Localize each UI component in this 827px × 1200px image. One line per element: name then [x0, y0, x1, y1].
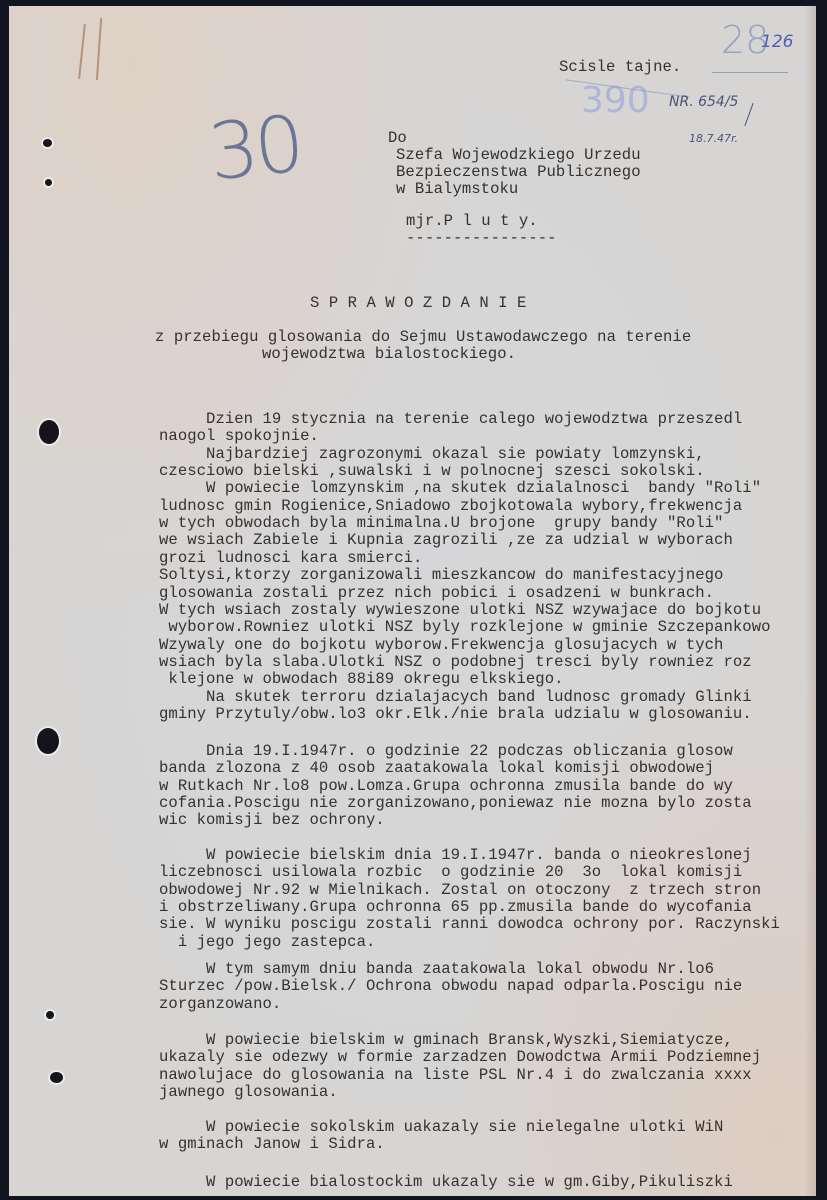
body-line: w Rutkach Nr.lo8 pow.Lomza.Grupa ochronn… [159, 778, 733, 795]
body-line: cofania.Poscigu nie zorganizowano,poniew… [159, 795, 752, 812]
body-line: liczebnosci usilowala rozbic o godzinie … [159, 864, 742, 881]
folio-underline [712, 72, 788, 73]
reference-number: NR. 654/5 [669, 94, 738, 110]
reference-slash [744, 103, 753, 126]
body-line: W powiecie sokolskim uakazaly sie nieleg… [159, 1119, 723, 1136]
punch-hole [39, 420, 59, 444]
recipient-underline: ---------------- [406, 230, 557, 247]
received-date: 18.7.47r. [689, 132, 738, 145]
punch-hole [45, 179, 52, 186]
body-line: wic komisji bez ochrony. [159, 812, 385, 829]
body-line: sie. W wyniku poscigu zostali ranni dowo… [159, 916, 780, 933]
body-line: wyborow.Rowniez ulotki NSZ byly rozklejo… [159, 619, 771, 636]
punch-hole [43, 139, 52, 147]
document-page: 30 28 126 390 NR. 654/5 18.7.47r. Scisle… [9, 6, 816, 1196]
body-line: Dnia 19.I.1947r. o godzinie 22 podczas o… [159, 743, 733, 760]
body-line: i jego jego zastepca. [159, 934, 375, 951]
body-line: grozi ludnosci kara smierci. [159, 550, 422, 567]
body-line: Soltysi,ktorzy zorganizowali mieszkancow… [159, 567, 723, 584]
recipient-prefix: Do [388, 130, 407, 147]
body-line: klejone w obwodach 88i89 okregu elkskieg… [159, 671, 564, 688]
body-line: jawnego glosowania. [159, 1084, 338, 1101]
punch-hole [37, 728, 59, 754]
body-line: gminy Przytuly/obw.lo3 okr.Elk./nie bral… [159, 706, 752, 723]
recipient-line: w Bialymstoku [396, 181, 518, 198]
handwritten-folio-small: 126 [761, 32, 793, 52]
pencil-mark [96, 18, 102, 80]
body-line: W powiecie bielskim dnia 19.I.1947r. ban… [159, 847, 752, 864]
body-line: ludnosc gmin Rogienice,Sniadowo zbojkoto… [159, 498, 742, 515]
handwritten-page-number: 30 [205, 99, 305, 198]
body-line: W powiecie bielskim w gminach Bransk,Wys… [159, 1032, 733, 1049]
body-line: W powiecie bialostockim ukazaly sie w gm… [159, 1174, 733, 1191]
body-line: czesciowo bielski ,suwalski i w polnocne… [159, 463, 705, 480]
recipient-line: Bezpieczenstwa Publicznego [396, 164, 641, 181]
body-line: Wzywaly one do bojkotu wyborow.Frekwencj… [159, 637, 723, 654]
body-line: W tych wsiach zostaly wywieszone ulotki … [159, 602, 761, 619]
body-line: Najbardziej zagrozonymi okazal sie powia… [159, 446, 705, 463]
body-line: naogol spokojnie. [159, 428, 319, 445]
classification-label: Scisle tajne. [559, 59, 681, 76]
body-line: w gminach Janow i Sidra. [159, 1136, 385, 1153]
body-line: i obstrzeliwany.Grupa ochronna 65 pp.zmu… [159, 899, 752, 916]
recipient-line: Szefa Wojewodzkiego Urzedu [396, 147, 641, 164]
body-line: Sturzec /pow.Bielsk./ Ochrona obwodu nap… [159, 978, 742, 995]
body-line: Na skutek terroru dzialajacych band ludn… [159, 689, 752, 706]
body-line: wsiach byla slaba.Ulotki NSZ o podobnej … [159, 654, 752, 671]
body-line: we wsiach Zabiele i Kupnia zagrozili ,ze… [159, 532, 733, 549]
document-subtitle: wojewodztwa bialostockiego. [262, 346, 516, 363]
body-line: glosowania zostali przez nich pobici i o… [159, 585, 714, 602]
body-line: W powiecie lomzynskim ,na skutek dzialal… [159, 480, 761, 497]
document-title: S P R A W O Z D A N I E [310, 295, 526, 312]
body-line: W tym samym dniu banda zaatakowala lokal… [159, 961, 714, 978]
pencil-mark [78, 24, 86, 79]
body-line: banda zlozona z 40 osob zaatakowala loka… [159, 760, 714, 777]
document-subtitle: z przebiegu glosowania do Sejmu Ustawoda… [155, 329, 691, 346]
body-line: w tych obwodach byla minimalna.U brojone… [159, 515, 723, 532]
body-line: ukazaly sie odezwy w formie zarzadzen Do… [159, 1049, 761, 1066]
body-line: nawolujace do glosowania na liste PSL Nr… [159, 1067, 752, 1084]
recipient-attention: mjr.P l u t y. [406, 213, 538, 230]
body-line: Dzien 19 stycznia na terenie calego woje… [159, 411, 742, 428]
body-line: zorganzowano. [159, 996, 281, 1013]
body-line: obwodowej Nr.92 w Mielnikach. Zostal on … [159, 882, 761, 899]
punch-hole [50, 1072, 63, 1083]
punch-hole [46, 1011, 54, 1019]
